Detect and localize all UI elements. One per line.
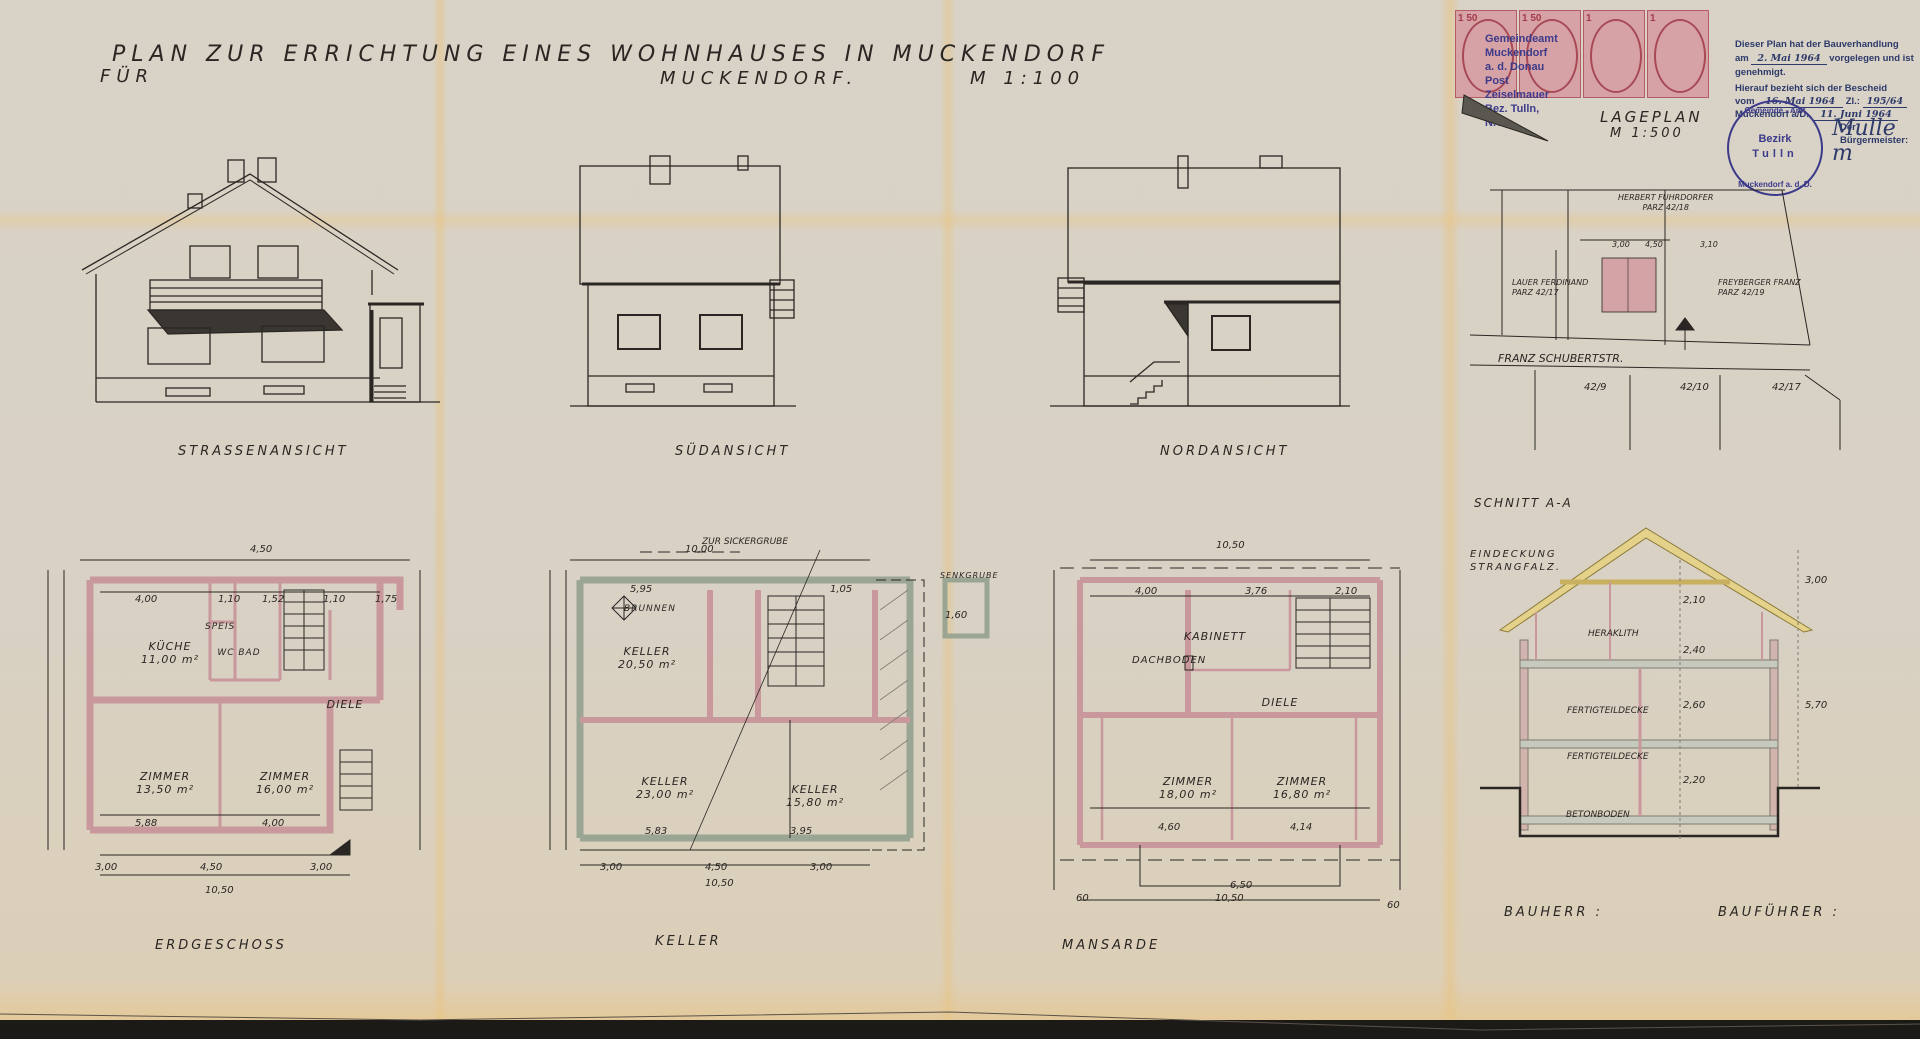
- dimension-label: 2,20: [1683, 775, 1705, 786]
- street-name: FRANZ SCHUBERTSTR.: [1498, 352, 1623, 365]
- north-elevation-drawing: [1050, 150, 1380, 410]
- revenue-stamp: 1: [1583, 10, 1645, 98]
- plan-scale: M 1:100: [970, 68, 1085, 89]
- dimension-label: 3,00: [810, 862, 832, 873]
- cellar-drain-note: ZUR SICKERGRUBE: [702, 537, 788, 547]
- room-attic-1: ZIMMER18,00 m²: [1148, 775, 1228, 801]
- plan-owner: MUCKENDORF.: [660, 68, 858, 89]
- section-layer: BETONBODEN: [1566, 810, 1630, 820]
- room-living-1: ZIMMER13,50 m²: [120, 770, 210, 796]
- dimension-label: 1,52: [262, 594, 284, 605]
- approval-status: genehmigt.: [1735, 66, 1786, 79]
- dimension-label: 2,60: [1683, 700, 1705, 711]
- street-elevation-drawing: [80, 150, 440, 410]
- parcel-number: 42/10: [1680, 382, 1709, 393]
- neighbor-east: FREYBERGER FRANZPARZ 42/19: [1718, 278, 1801, 298]
- dimension-label: 4,50: [1645, 240, 1663, 249]
- south-elevation-drawing: [570, 150, 790, 410]
- dimension-label: 1,10: [218, 594, 240, 605]
- street-elevation-label: STRASSENANSICHT: [178, 444, 349, 459]
- blueprint-sheet: PLAN ZUR ERRICHTUNG EINES WOHNHAUSES IN …: [0, 0, 1920, 1020]
- dimension-label: 3,10: [1700, 240, 1718, 249]
- builder-signature-label: BAUFÜHRER :: [1718, 905, 1840, 920]
- section-layer: HERAKLITH: [1588, 629, 1639, 639]
- ground-top-width: 4,50: [250, 544, 272, 555]
- neighbor-north: HERBERT FUHRDORFERPARZ 42/18: [1618, 193, 1713, 213]
- dimension-label: 60: [1076, 893, 1089, 904]
- section-drawing: [1480, 520, 1900, 860]
- north-elevation-label: NORDANSICHT: [1160, 444, 1290, 459]
- dimension-label: 3,00: [1805, 575, 1827, 586]
- mayor-signature: Mulle m: [1832, 116, 1920, 166]
- room-pantry: SPEIS: [205, 622, 235, 632]
- attic-floor-plan: [1040, 550, 1440, 910]
- dimension-label: 2,40: [1683, 645, 1705, 656]
- dimension-label: 5,83: [645, 826, 667, 837]
- ground-overall-width: 10,50: [205, 885, 234, 896]
- dimension-label: 4,00: [262, 818, 284, 829]
- reference-number: 195/64: [1863, 96, 1908, 108]
- dimension-label: 60: [1387, 900, 1400, 911]
- cellar-floor-label: KELLER: [655, 934, 721, 949]
- north-arrow-icon: [1462, 95, 1552, 155]
- section-layer: FERTIGTEILDECKE: [1567, 752, 1649, 762]
- room-well: BRUNNEN: [610, 604, 690, 614]
- cellar-floor-plan: [540, 550, 980, 880]
- neighbor-west: LAUER FERDINANDPARZ 42/17: [1512, 278, 1588, 298]
- dimension-label: 3,76: [1245, 586, 1267, 597]
- dimension-label: 3,00: [600, 862, 622, 873]
- parcel-number: 42/9: [1584, 382, 1606, 393]
- dimension-label: 1,60: [945, 610, 967, 621]
- cellar-top-width: 10,00: [685, 544, 714, 555]
- room-kitchen: KÜCHE11,00 m²: [130, 640, 210, 666]
- room-study: KABINETT: [1180, 630, 1250, 643]
- dimension-label: 4,60: [1158, 822, 1180, 833]
- dimension-label: 3,00: [95, 862, 117, 873]
- sheet-edge: [0, 1000, 1920, 1039]
- dimension-label: 4,00: [135, 594, 157, 605]
- attic-top-width: 10,50: [1216, 540, 1245, 551]
- section-label: SCHNITT A-A: [1474, 496, 1573, 510]
- room-attic-2: ZIMMER16,80 m²: [1262, 775, 1342, 801]
- site-plan-drawing: [1470, 190, 1910, 450]
- room-attic-floor: DACHBODEN: [1132, 655, 1192, 666]
- room-attic-hall: DIELE: [1255, 696, 1305, 709]
- room-hall: DIELE: [320, 698, 370, 711]
- room-cellar-3: KELLER15,80 m²: [775, 783, 855, 809]
- room-cellar-1: KELLER20,50 m²: [612, 645, 682, 671]
- dimension-label: 2,10: [1683, 595, 1705, 606]
- dimension-label: 5,88: [135, 818, 157, 829]
- dimension-label: 1,10: [323, 594, 345, 605]
- ground-floor-label: ERDGESCHOSS: [155, 938, 287, 953]
- dimension-label: 2,10: [1335, 586, 1357, 597]
- cellar-overall-width: 10,50: [705, 878, 734, 889]
- revenue-stamp: 1: [1647, 10, 1709, 98]
- dimension-label: 5,95: [630, 584, 652, 595]
- parcel-number: 42/17: [1772, 382, 1801, 393]
- section-layer: FERTIGTEILDECKE: [1567, 706, 1649, 716]
- site-plan-scale: M 1:500: [1610, 126, 1684, 141]
- dimension-label: 10,50: [1215, 893, 1244, 904]
- room-septic-tank: SENKGRUBE: [940, 571, 980, 580]
- dimension-label: 3,95: [790, 826, 812, 837]
- attic-floor-label: MANSARDE: [1062, 938, 1160, 953]
- south-elevation-label: SÜDANSICHT: [675, 444, 790, 459]
- dimension-label: 6,50: [1230, 880, 1252, 891]
- dimension-label: 1,05: [830, 584, 852, 595]
- dimension-label: 4,14: [1290, 822, 1312, 833]
- dimension-label: 5,70: [1805, 700, 1827, 711]
- dimension-label: 3,00: [310, 862, 332, 873]
- dimension-label: 4,50: [200, 862, 222, 873]
- approval-text: Hierauf bezieht sich der Bescheid: [1735, 82, 1887, 95]
- dimension-label: 4,00: [1135, 586, 1157, 597]
- room-living-2: ZIMMER16,00 m²: [245, 770, 325, 796]
- dimension-label: 1,75: [375, 594, 397, 605]
- site-plan-label: LAGEPLAN: [1600, 108, 1703, 126]
- owner-signature-label: BAUHERR :: [1504, 905, 1603, 920]
- approval-hearing-line: am 2. Mai 1964 vorgelegen und ist: [1735, 52, 1914, 65]
- room-cellar-2: KELLER23,00 m²: [620, 775, 710, 801]
- plan-title-for: FÜR: [100, 66, 154, 87]
- approval-text: Dieser Plan hat der Bauverhandlung: [1735, 38, 1899, 51]
- room-wc-bath: WC BAD: [214, 648, 264, 658]
- hearing-date: 2. Mai 1964: [1751, 53, 1826, 65]
- dimension-label: 3,00: [1612, 240, 1630, 249]
- plan-title: PLAN ZUR ERRICHTUNG EINES WOHNHAUSES IN …: [112, 42, 1110, 67]
- dimension-label: 4,50: [705, 862, 727, 873]
- municipal-seal: Gemeinde - Amt BezirkTulln Muckendorf a.…: [1727, 100, 1823, 196]
